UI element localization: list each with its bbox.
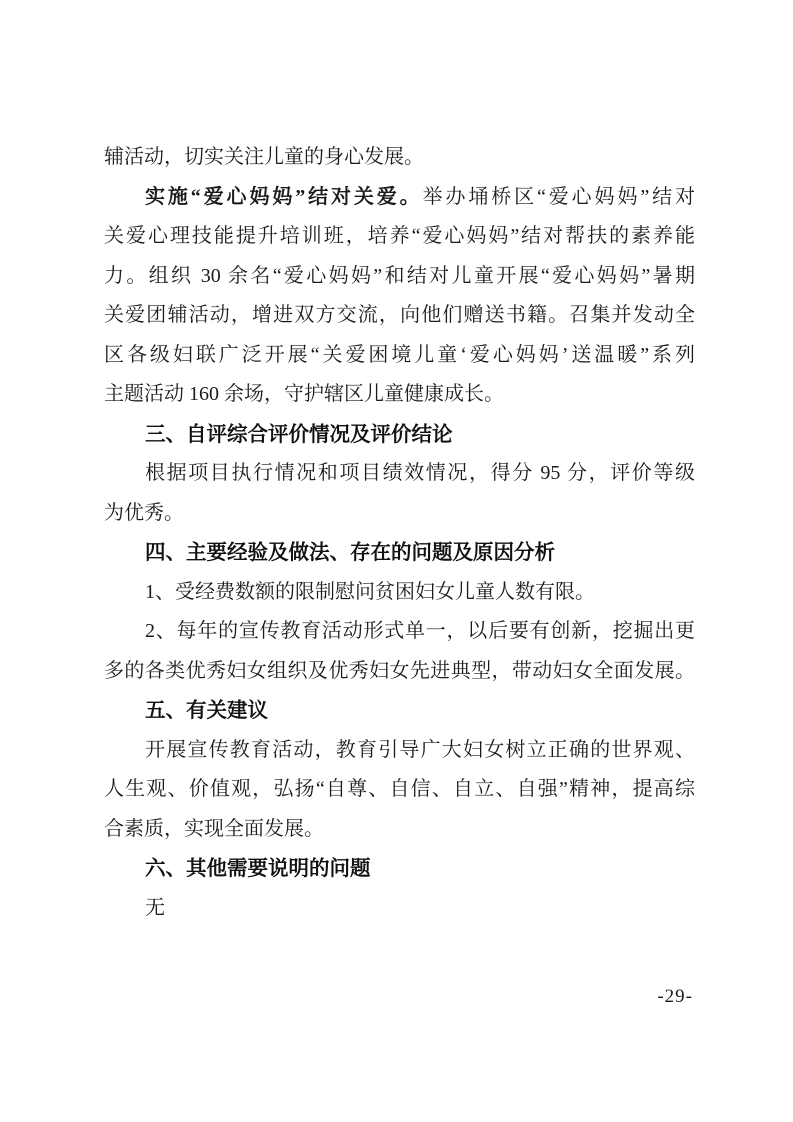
text-line: 人生观、价值观，弘扬“自尊、自信、自立、自强”精神，提高综 (104, 770, 695, 810)
text-line: 1、受经费数额的限制慰问贫困妇女儿童人数有限。 (104, 573, 695, 613)
section-heading-3: 三、自评综合评价情况及评价结论 (104, 415, 695, 455)
section-heading-4: 四、主要经验及做法、存在的问题及原因分析 (104, 533, 695, 573)
document-page: 辅活动，切实关注儿童的身心发展。 实施“爱心妈妈”结对关爱。举办埇桥区“爱心妈妈… (0, 0, 793, 1122)
text-line-none: 无 (104, 889, 695, 929)
text-line-rest: 举办埇桥区“爱心妈妈”结对 (423, 186, 695, 208)
text-line: 根据项目执行情况和项目绩效情况，得分 95 分，评价等级 (104, 454, 695, 494)
bold-lead-text: 实施“爱心妈妈”结对关爱。 (145, 186, 423, 208)
text-line: 区各级妇联广泛开展“关爱困境儿童‘爱心妈妈’送温暖”系列 (104, 336, 695, 376)
document-body: 辅活动，切实关注儿童的身心发展。 实施“爱心妈妈”结对关爱。举办埇桥区“爱心妈妈… (104, 138, 695, 928)
section-heading-5: 五、有关建议 (104, 691, 695, 731)
text-line: 2、每年的宣传教育活动形式单一，以后要有创新，挖掘出更 (104, 612, 695, 652)
section-heading-6: 六、其他需要说明的问题 (104, 849, 695, 889)
text-line: 关爱心理技能提升培训班，培养“爱心妈妈”结对帮扶的素养能 (104, 217, 695, 257)
text-line: 合素质，实现全面发展。 (104, 810, 695, 850)
page-number: -29- (657, 986, 693, 1008)
text-line: 主题活动 160 余场，守护辖区儿童健康成长。 (104, 375, 695, 415)
text-line: 力。组织 30 余名“爱心妈妈”和结对儿童开展“爱心妈妈”暑期 (104, 257, 695, 297)
text-line: 实施“爱心妈妈”结对关爱。举办埇桥区“爱心妈妈”结对 (104, 178, 695, 218)
text-line: 关爱团辅活动，增进双方交流，向他们赠送书籍。召集并发动全 (104, 296, 695, 336)
text-line: 多的各类优秀妇女组织及优秀妇女先进典型，带动妇女全面发展。 (104, 652, 695, 692)
text-line: 为优秀。 (104, 494, 695, 534)
text-line: 开展宣传教育活动，教育引导广大妇女树立正确的世界观、 (104, 731, 695, 771)
text-line: 辅活动，切实关注儿童的身心发展。 (104, 138, 695, 178)
